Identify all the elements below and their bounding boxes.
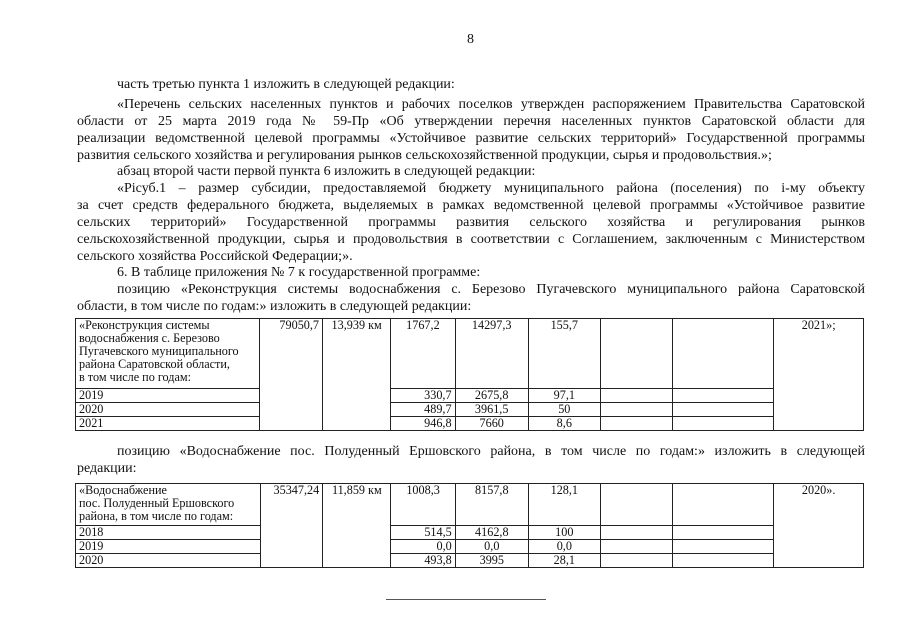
table2-cell (672, 540, 773, 554)
table1-cell: 489,7 (391, 403, 455, 417)
table1-cell: 7660 (455, 417, 528, 431)
table1-value: 14297,3 (455, 319, 528, 389)
table-row: 2018 514,5 4162,8 100 (76, 526, 864, 540)
table2-value (672, 484, 773, 526)
table2-cell: 493,8 (391, 554, 455, 568)
table-berezovo: «Реконструкция системы водоснабжения с. … (75, 318, 864, 431)
table2-value: 1008,3 (391, 484, 455, 526)
paragraph-list-line-3: реализации ведомственной целевой програм… (77, 131, 865, 147)
paragraph-list-line-1: «Перечень сельских населенных пунктов и … (117, 97, 865, 113)
table2-length: 11,859 км (323, 484, 391, 568)
table-poludenny: «Водоснабжение пос. Полуденный Ершовског… (75, 483, 864, 568)
table2-cell (600, 554, 672, 568)
table2-cell: 3995 (455, 554, 528, 568)
table1-cell: 330,7 (391, 389, 455, 403)
table2-total: 35347,24 (260, 484, 323, 568)
table2-cell: 514,5 (391, 526, 455, 540)
table1-total: 79050,7 (260, 319, 323, 431)
table1-year: 2020 (76, 403, 260, 417)
table2-value: 8157,8 (455, 484, 528, 526)
table2-value: 128,1 (528, 484, 600, 526)
table2-cell: 0,0 (391, 540, 455, 554)
table1-value (672, 319, 773, 389)
table1-value (600, 319, 672, 389)
paragraph-list-line-4: развития сельского хозяйства и регулиров… (77, 148, 772, 164)
table1-year: 2021 (76, 417, 260, 431)
table1-cell (672, 403, 773, 417)
table2-cell (672, 526, 773, 540)
table1-year: 2019 (76, 389, 260, 403)
table2-value (600, 484, 672, 526)
table2-cell: 28,1 (528, 554, 600, 568)
paragraph-position-1-line-2: области, в том числе по годам:» изложить… (77, 299, 471, 315)
table-row: 2020 493,8 3995 28,1 (76, 554, 864, 568)
paragraph-position-2-line-2: редакции: (77, 461, 137, 477)
table2-cell (600, 540, 672, 554)
table1-cell: 50 (528, 403, 600, 417)
table1-length: 13,939 км (323, 319, 391, 431)
paragraph-formula-line-5: сельского хозяйства Российской Федерации… (77, 249, 353, 265)
table2-year: 2020 (76, 554, 261, 568)
table1-name-line: в том числе по годам: (79, 371, 256, 384)
paragraph-formula-line-3: сельских территорий» Государственной про… (77, 215, 865, 231)
table1-value: 155,7 (528, 319, 600, 389)
table1-cell: 8,6 (528, 417, 600, 431)
table2-cell (600, 526, 672, 540)
paragraph-position-2-line-1: позицию «Водоснабжение пос. Полуденный Е… (117, 444, 865, 460)
table1-cell (600, 389, 672, 403)
table1-cell (600, 403, 672, 417)
table1-cell (672, 417, 773, 431)
table2-cell: 100 (528, 526, 600, 540)
paragraph-table-seven: 6. В таблице приложения № 7 к государств… (117, 265, 480, 281)
table1-end-year: 2021»; (774, 319, 864, 431)
table1-name-cell: «Реконструкция системы водоснабжения с. … (76, 319, 260, 389)
table-row: 2019 0,0 0,0 0,0 (76, 540, 864, 554)
table2-name-cell: «Водоснабжение пос. Полуденный Ершовског… (76, 484, 261, 526)
table-row: 2020 489,7 3961,5 50 (76, 403, 864, 417)
table2-name-line: района, в том числе по годам: (79, 510, 257, 523)
table1-value: 1767,2 (391, 319, 455, 389)
table-row: 2021 946,8 7660 8,6 (76, 417, 864, 431)
paragraph-formula-line-4: сельскохозяйственной продукции, сырья и … (77, 232, 865, 248)
table2-end-year: 2020». (774, 484, 864, 568)
table2-cell (672, 554, 773, 568)
table1-cell: 946,8 (391, 417, 455, 431)
paragraph-formula-line-1: «Рiсуб.1 – размер субсидии, предоставляе… (117, 181, 865, 197)
paragraph-formula-line-2: за счет средств федерального бюджета, вы… (77, 198, 865, 214)
table1-cell: 3961,5 (455, 403, 528, 417)
table2-year: 2018 (76, 526, 261, 540)
table2-cell: 0,0 (528, 540, 600, 554)
paragraph-point-six: абзац второй части первой пункта 6 излож… (117, 164, 535, 180)
table2-cell: 0,0 (455, 540, 528, 554)
table1-cell: 2675,8 (455, 389, 528, 403)
page-number: 8 (467, 32, 474, 48)
paragraph-part-three: часть третью пункта 1 изложить в следующ… (117, 77, 455, 93)
end-divider (386, 599, 546, 600)
table2-year: 2019 (76, 540, 261, 554)
table2-cell: 4162,8 (455, 526, 528, 540)
paragraph-position-1-line-1: позицию «Реконструкция системы водоснабж… (117, 282, 865, 298)
paragraph-list-line-2: области от 25 марта 2019 года № 59-Пр «О… (77, 114, 865, 130)
table1-cell (600, 417, 672, 431)
table1-cell (672, 389, 773, 403)
table1-cell: 97,1 (528, 389, 600, 403)
table-row: 2019 330,7 2675,8 97,1 (76, 389, 864, 403)
